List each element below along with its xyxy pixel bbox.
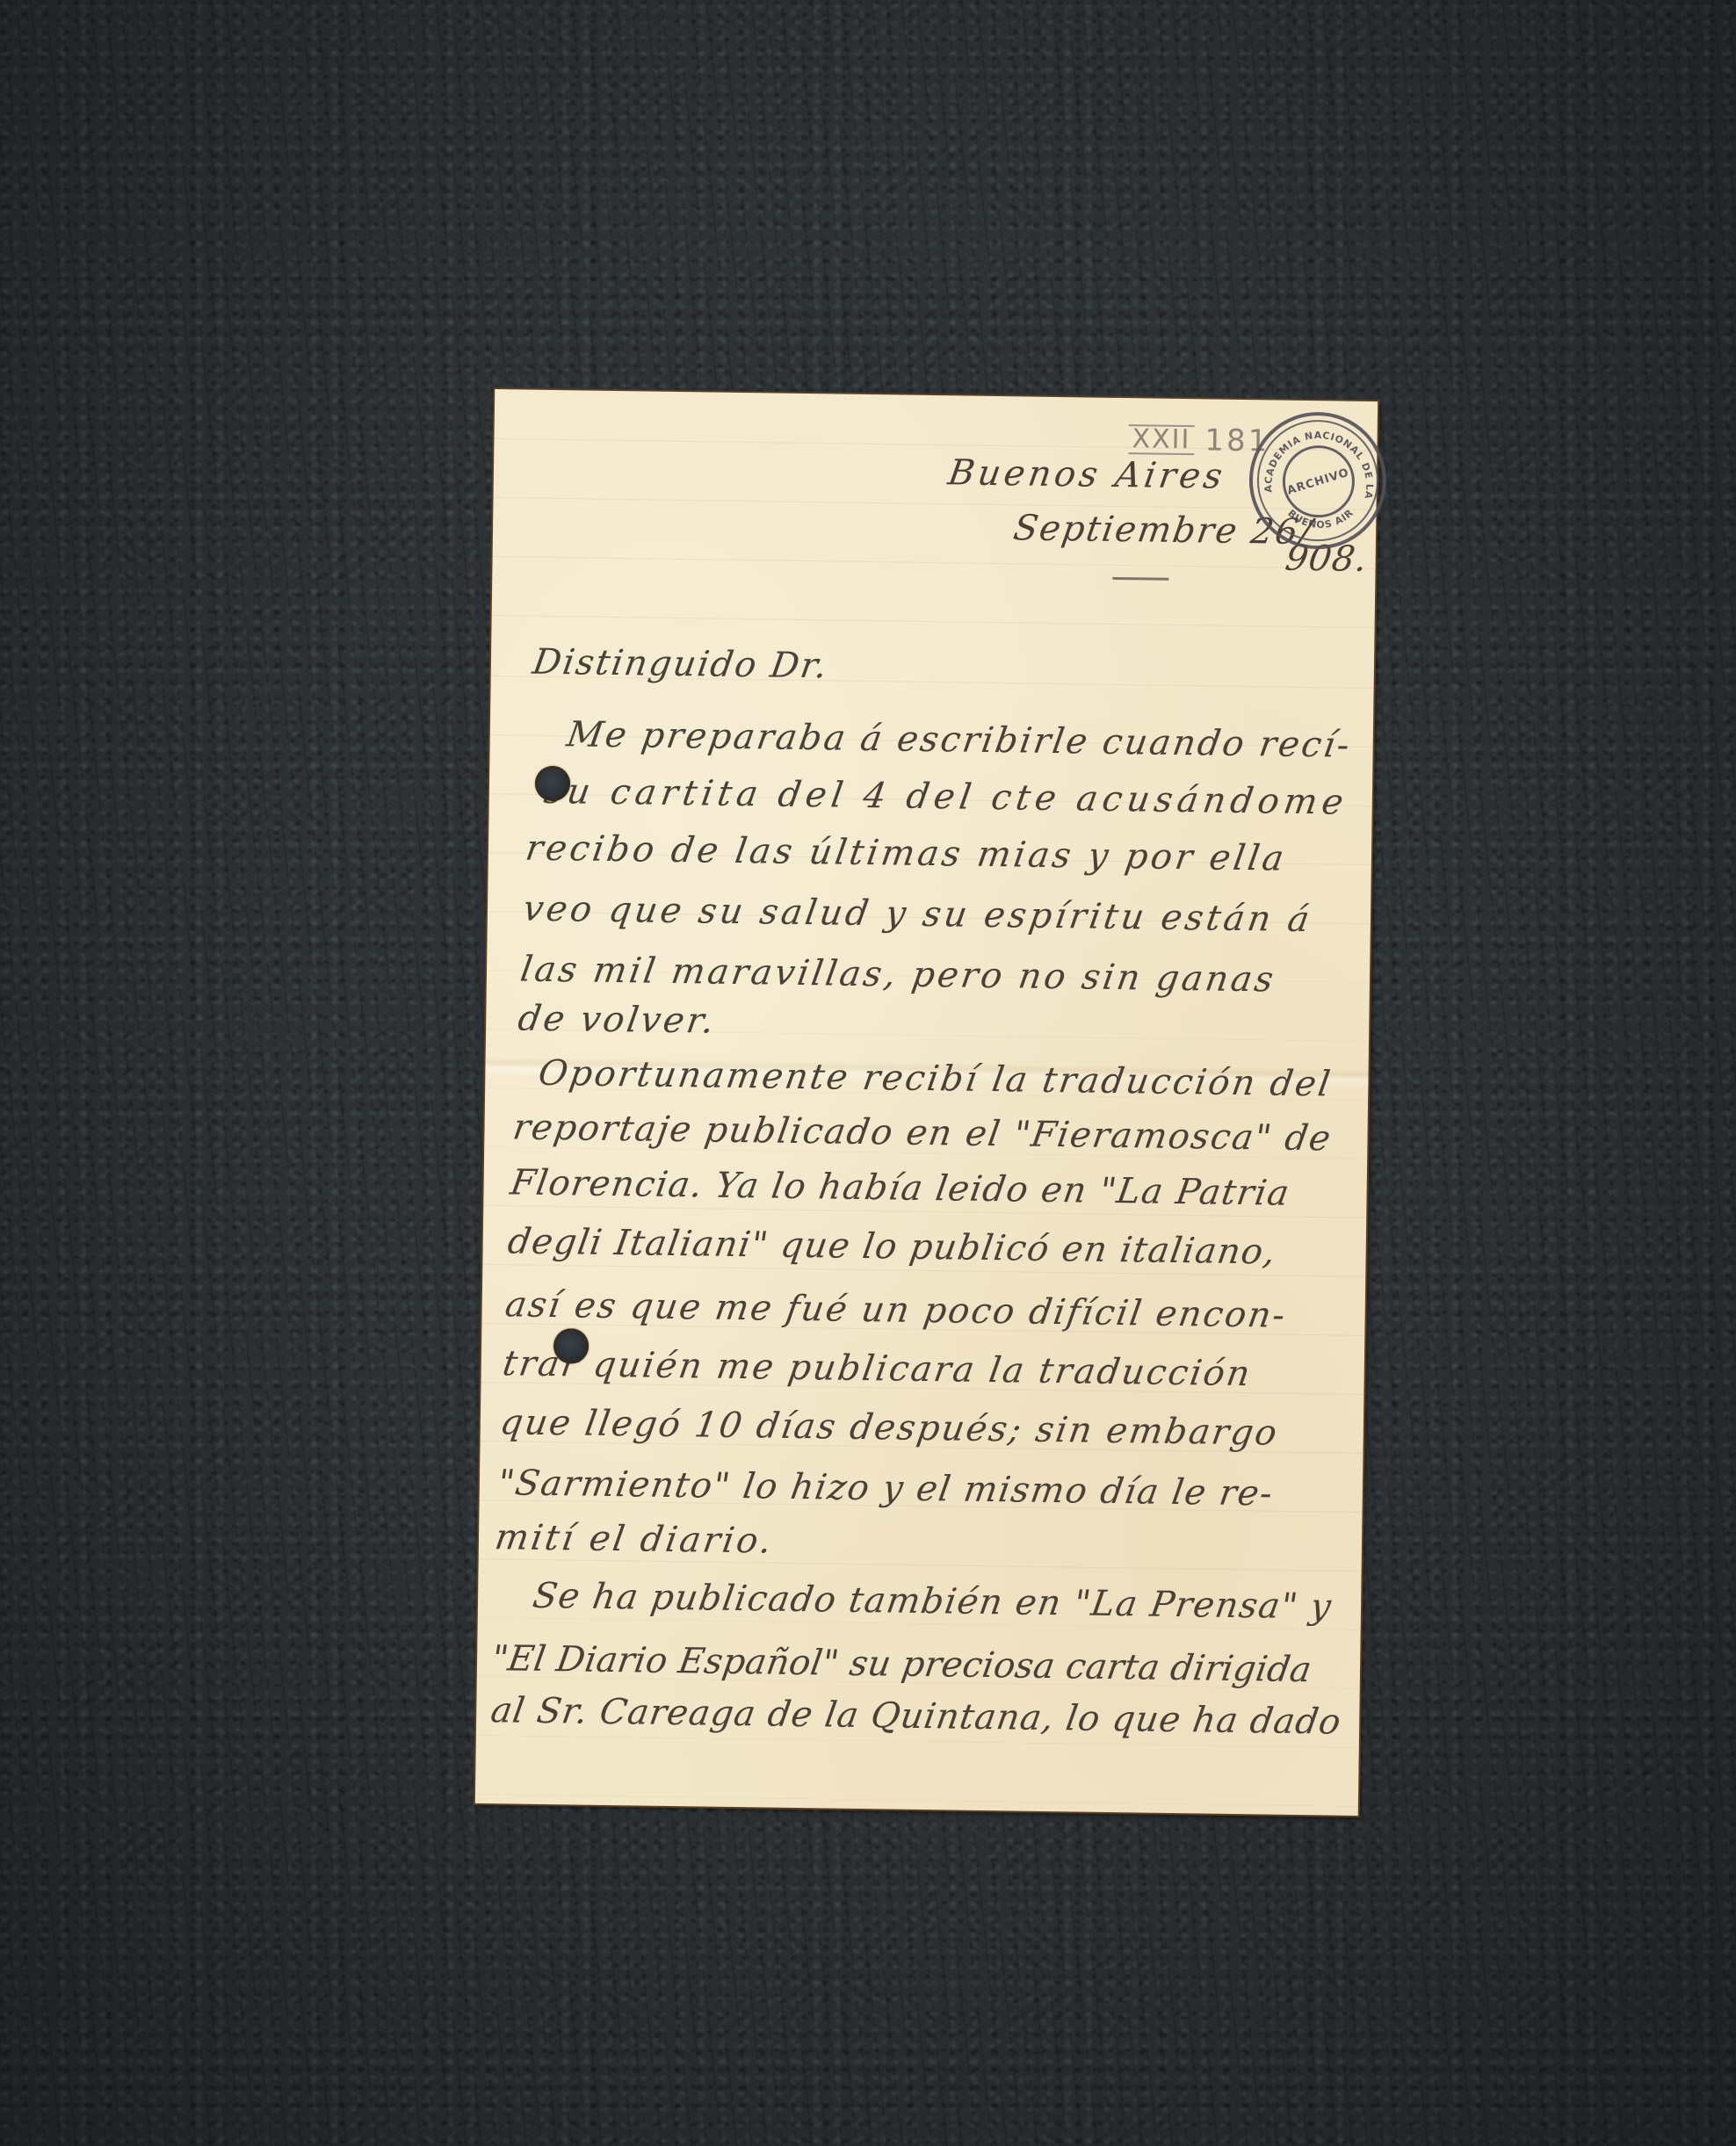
body-line: Se ha publicado también en "La Prensa" y xyxy=(531,1579,1335,1625)
body-line: degli Italiani" que lo publicó en italia… xyxy=(505,1224,1278,1269)
body-line: así es que me fué un poco difícil encon- xyxy=(503,1287,1289,1333)
body-line: "Sarmiento" lo hizo y el mismo día le re… xyxy=(495,1465,1277,1511)
body-line: de volver. xyxy=(516,1001,719,1039)
body-line: Oportunamente recibí la traducción del xyxy=(536,1056,1335,1102)
body-line: mití el diario. xyxy=(493,1520,777,1558)
body-line: al Sr. Careaga de la Quintana, lo que ha… xyxy=(488,1693,1343,1739)
body-line: que llegó 10 días después; sin embargo xyxy=(498,1405,1281,1450)
body-line: Florencia. Ya lo había leido en "La Patr… xyxy=(508,1165,1292,1210)
body-line: trar quién me publicara la traducción xyxy=(501,1346,1255,1391)
header-divider xyxy=(1112,577,1168,581)
body-line: veo que su salud y su espíritu están á xyxy=(521,892,1315,937)
place-line: Buenos Aires xyxy=(946,455,1228,494)
archive-volume: XXII xyxy=(1128,424,1194,455)
archive-reference: XXII 181 xyxy=(1128,422,1269,459)
body-line: las mil maravillas, pero no sin ganas xyxy=(518,952,1278,998)
body-line: "El Diario Español" su preciosa carta di… xyxy=(489,1641,1314,1687)
letter-page: XXII 181 Buenos Aires Septiembre 26/ 908… xyxy=(475,389,1378,1816)
archive-stamp: ACADEMIA NACIONAL DE LA HISTORIA BUENOS … xyxy=(1248,411,1387,550)
stamp-center-text: ARCHIVO xyxy=(1286,466,1351,497)
salutation: Distinguido Dr. xyxy=(531,645,831,684)
body-line: reportaje publicado en el "Fieramosca" d… xyxy=(510,1109,1335,1156)
body-line: recibo de las últimas mias y por ella xyxy=(524,831,1290,877)
body-line: su cartita del 4 del cte acusándome xyxy=(542,774,1351,820)
body-line: Me preparaba á escribirle cuando recí- xyxy=(565,717,1355,762)
